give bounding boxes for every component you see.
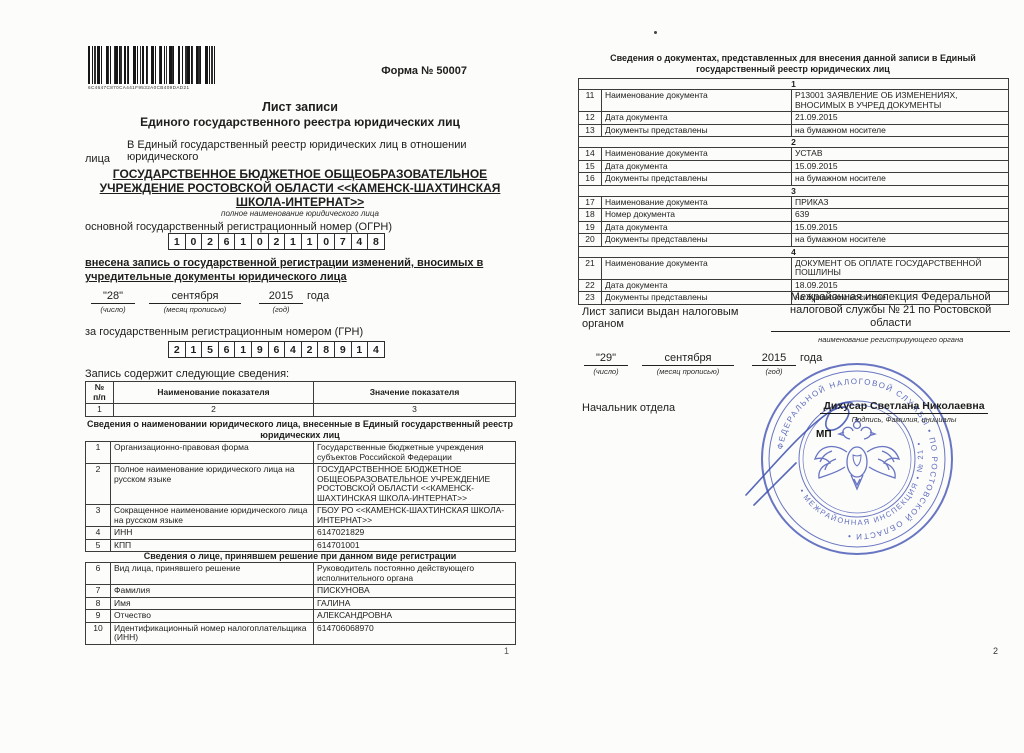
ogrn-digit: 0 [251, 233, 269, 250]
table-row: 1 Организационно-правовая форма Государс… [86, 442, 516, 464]
row-num: 19 [579, 221, 602, 234]
col-header-value: Значение показателя [314, 382, 516, 404]
grn-digit: 2 [168, 341, 186, 358]
ogrn-digit: 4 [351, 233, 369, 250]
row-label: Организационно-правовая форма [111, 442, 314, 464]
grn-digit: 1 [234, 341, 252, 358]
row-label: КПП [111, 539, 314, 552]
grn-digit: 1 [351, 341, 369, 358]
ogrn-digit: 0 [185, 233, 203, 250]
grn-digit: 1 [185, 341, 203, 358]
ogrn-digit: 1 [234, 233, 252, 250]
row-value: на бумажном носителе [792, 234, 1009, 247]
barcode-caption: 6C4647C870CA441F9532A0CB409DAD21 [88, 85, 189, 90]
row-value: 15.09.2015 [792, 160, 1009, 173]
row-num: 11 [579, 90, 602, 112]
group-number: 2 [579, 137, 1009, 148]
row-num: 21 [579, 257, 602, 279]
row-label: Номер документа [602, 209, 792, 222]
row-num: 2 [86, 464, 111, 505]
row-value: 18.09.2015 [792, 279, 1009, 292]
intro-line1: В Единый государственный реестр юридичес… [85, 139, 515, 163]
table-row: 19 Дата документа 15.09.2015 [579, 221, 1009, 234]
grn-digit: 4 [367, 341, 385, 358]
ogrn-digit: 2 [201, 233, 219, 250]
row-label: Отчество [111, 610, 314, 623]
table-row: 18 Номер документа 639 [579, 209, 1009, 222]
table-row: 14 Наименование документа УСТАВ [579, 148, 1009, 161]
row-value: ПИСКУНОВА [314, 585, 516, 598]
issuing-authority: Межрайонная инспекция Федеральной налого… [771, 291, 1010, 346]
row-value: 614706068970 [314, 622, 516, 644]
row-value: АЛЕКСАНДРОВНА [314, 610, 516, 623]
row-num: 6 [86, 563, 111, 585]
documents-table: 1 11 Наименование документа Р13001 ЗАЯВЛ… [578, 78, 1009, 305]
org-name-line3: ШКОЛА-ИНТЕРНАТ>> [85, 195, 515, 209]
ogrn-digit: 0 [317, 233, 335, 250]
table-row: 20 Документы представлены на бумажном но… [579, 234, 1009, 247]
col-header-num: № п/п [86, 382, 114, 404]
mp-label: МП [816, 429, 832, 440]
official-title: Начальник отдела [582, 402, 675, 414]
date-year-suffix: года [307, 290, 329, 302]
row-num: 9 [86, 610, 111, 623]
ogrn-digit: 8 [367, 233, 385, 250]
table-row: 15 Дата документа 15.09.2015 [579, 160, 1009, 173]
signature-caption: Подпись, Фамилия, инициалы [820, 414, 988, 424]
row-value: ГАЛИНА [314, 597, 516, 610]
grn-digit: 6 [218, 341, 236, 358]
ogrn-digit: 1 [168, 233, 186, 250]
grn-digit: 4 [284, 341, 302, 358]
col-index: 1 [86, 404, 114, 417]
ogrn-digit: 1 [284, 233, 302, 250]
date-month: сентября (месяц прописью) [149, 290, 241, 314]
section-a-title: Сведения о наименовании юридического лиц… [85, 419, 515, 440]
grn-digit: 8 [317, 341, 335, 358]
row-num: 16 [579, 173, 602, 186]
intro-line2: лица [85, 153, 110, 165]
section-b-table: 6 Вид лица, принявшего решение Руководит… [85, 562, 516, 645]
row-label: Идентификационный номер налогоплательщик… [111, 622, 314, 644]
col-header-name: Наименование показателя [114, 382, 314, 404]
ogrn-digit-boxes: 1 0 2 6 1 0 2 1 1 0 7 4 8 [168, 233, 385, 250]
documents-heading: Сведения о документах, представленных дл… [576, 53, 1010, 74]
row-label: Имя [111, 597, 314, 610]
signatory-name: Дихусар Светлана Николаевна [820, 400, 988, 414]
form-number: Форма № 50007 [381, 65, 467, 77]
table-row: 13 Документы представлены на бумажном но… [579, 124, 1009, 137]
row-value: на бумажном носителе [792, 173, 1009, 186]
table-row: 3 Сокращенное наименование юридического … [86, 505, 516, 527]
issued-by-block: Лист записи выдан налоговым органом Межр… [582, 291, 1010, 346]
row-label: Фамилия [111, 585, 314, 598]
table-row: 6 Вид лица, принявшего решение Руководит… [86, 563, 516, 585]
row-num: 5 [86, 539, 111, 552]
grn-digit: 6 [268, 341, 286, 358]
row-label: Дата документа [602, 160, 792, 173]
row-label: Документы представлены [602, 234, 792, 247]
row-value: ДОКУМЕНТ ОБ ОПЛАТЕ ГОСУДАРСТВЕННОЙ ПОШЛИ… [792, 257, 1009, 279]
page-number-1: 1 [504, 646, 509, 656]
col-index: 2 [114, 404, 314, 417]
row-num: 4 [86, 527, 111, 540]
grn-digit-boxes: 2 1 5 6 1 9 6 4 2 8 9 1 4 [168, 341, 385, 358]
row-value: УСТАВ [792, 148, 1009, 161]
grn-digit: 9 [251, 341, 269, 358]
page-number-2: 2 [993, 646, 998, 656]
row-value: Государственные бюджетные учреждения суб… [314, 442, 516, 464]
row-value: 614701001 [314, 539, 516, 552]
ogrn-label: основной государственный регистрационный… [85, 221, 392, 233]
table-row: 5 КПП 614701001 [86, 539, 516, 552]
statement-line1: внесена запись о государственной регистр… [85, 256, 483, 270]
table-row: 4 ИНН 6147021829 [86, 527, 516, 540]
org-name-line2: УЧРЕЖДЕНИЕ РОСТОВСКОЙ ОБЛАСТИ <<КАМЕНСК-… [85, 181, 515, 195]
statement-line2: учредительные документы юридического лиц… [85, 270, 347, 284]
row-num: 1 [86, 442, 111, 464]
date-day: "28" (число) [91, 290, 135, 314]
org-name-line1: ГОСУДАРСТВЕННОЕ БЮДЖЕТНОЕ ОБЩЕОБРАЗОВАТЕ… [85, 167, 515, 181]
row-num: 10 [86, 622, 111, 644]
group-number: 3 [579, 185, 1009, 196]
section-a-table: 1 Организационно-правовая форма Государс… [85, 441, 516, 552]
row-num: 8 [86, 597, 111, 610]
row-label: ИНН [111, 527, 314, 540]
row-value: 639 [792, 209, 1009, 222]
record-intro: Запись содержит следующие сведения: [85, 368, 289, 380]
date-day: "29" (число) [584, 352, 628, 376]
section-b-title: Сведения о лице, принявшем решение при д… [85, 551, 515, 562]
row-label: Дата документа [602, 279, 792, 292]
grn-label: за государственным регистрационным номер… [85, 326, 363, 338]
row-value: Руководитель постоянно действующего испо… [314, 563, 516, 585]
row-num: 7 [86, 585, 111, 598]
table-row: 10 Идентификационный номер налогоплатель… [86, 622, 516, 644]
row-value: Р13001 ЗАЯВЛЕНИЕ ОБ ИЗМЕНЕНИЯХ, ВНОСИМЫХ… [792, 90, 1009, 112]
table-row: 12 Дата документа 21.09.2015 [579, 112, 1009, 125]
org-name-caption: полное наименование юридического лица [85, 209, 515, 218]
table-row: 17 Наименование документа ПРИКАЗ [579, 196, 1009, 209]
grn-digit: 2 [301, 341, 319, 358]
group-number: 4 [579, 246, 1009, 257]
table-row: 9 Отчество АЛЕКСАНДРОВНА [86, 610, 516, 623]
row-label: Дата документа [602, 112, 792, 125]
row-value: 21.09.2015 [792, 112, 1009, 125]
col-index: 3 [314, 404, 516, 417]
row-label: Документы представлены [602, 124, 792, 137]
date-year: 2015 (год) [259, 290, 303, 314]
ogrn-digit: 1 [301, 233, 319, 250]
row-label: Наименование документа [602, 90, 792, 112]
row-num: 18 [579, 209, 602, 222]
row-value: ГБОУ РО <<КАМЕНСК-ШАХТИНСКАЯ ШКОЛА-ИНТЕР… [314, 505, 516, 527]
row-num: 13 [579, 124, 602, 137]
ogrn-digit: 7 [334, 233, 352, 250]
indicator-header-table: № п/п Наименование показателя Значение п… [85, 381, 516, 417]
table-row: 8 Имя ГАЛИНА [86, 597, 516, 610]
row-value: 15.09.2015 [792, 221, 1009, 234]
doc-title-line2: Единого государственного реестра юридиче… [85, 115, 515, 129]
registration-date: "28" (число) сентября (месяц прописью) 2… [91, 290, 329, 314]
row-value: ГОСУДАРСТВЕННОЕ БЮДЖЕТНОЕ ОБЩЕОБРАЗОВАТЕ… [314, 464, 516, 505]
row-label: Наименование документа [602, 257, 792, 279]
row-num: 12 [579, 112, 602, 125]
doc-title-line1: Лист записи [85, 100, 515, 114]
row-num: 3 [86, 505, 111, 527]
row-label: Дата документа [602, 221, 792, 234]
table-row: 11 Наименование документа Р13001 ЗАЯВЛЕН… [579, 90, 1009, 112]
group-number: 1 [579, 79, 1009, 90]
page-2: Сведения о документах, представленных дл… [576, 45, 1010, 725]
row-num: 17 [579, 196, 602, 209]
row-label: Наименование документа [602, 148, 792, 161]
ogrn-digit: 6 [218, 233, 236, 250]
table-row: 16 Документы представлены на бумажном но… [579, 173, 1009, 186]
row-label: Вид лица, принявшего решение [111, 563, 314, 585]
page-1: 6C4647C870CA441F9532A0CB409DAD21 Форма №… [85, 40, 515, 700]
signature-block: Дихусар Светлана Николаевна Подпись, Фам… [820, 400, 988, 424]
row-label: Наименование документа [602, 196, 792, 209]
row-label: Полное наименование юридического лица на… [111, 464, 314, 505]
table-row: 7 Фамилия ПИСКУНОВА [86, 585, 516, 598]
grn-digit: 9 [334, 341, 352, 358]
row-num: 14 [579, 148, 602, 161]
official-stamp: ФЕДЕРАЛЬНОЙ НАЛОГОВОЙ СЛУЖБЫ • ПО РОСТОВ… [744, 345, 969, 570]
date-month: сентября (месяц прописью) [642, 352, 734, 376]
table-row: 22 Дата документа 18.09.2015 [579, 279, 1009, 292]
row-label: Сокращенное наименование юридического ли… [111, 505, 314, 527]
barcode [88, 46, 215, 84]
row-num: 20 [579, 234, 602, 247]
grn-digit: 5 [201, 341, 219, 358]
row-num: 15 [579, 160, 602, 173]
row-value: 6147021829 [314, 527, 516, 540]
row-label: Документы представлены [602, 173, 792, 186]
ogrn-digit: 2 [268, 233, 286, 250]
table-row: 21 Наименование документа ДОКУМЕНТ ОБ ОП… [579, 257, 1009, 279]
table-row: 2 Полное наименование юридического лица … [86, 464, 516, 505]
row-num: 22 [579, 279, 602, 292]
row-value: на бумажном носителе [792, 124, 1009, 137]
row-value: ПРИКАЗ [792, 196, 1009, 209]
issued-by-label: Лист записи выдан налоговым органом [582, 291, 771, 346]
scan-artifact-dot [654, 31, 657, 34]
